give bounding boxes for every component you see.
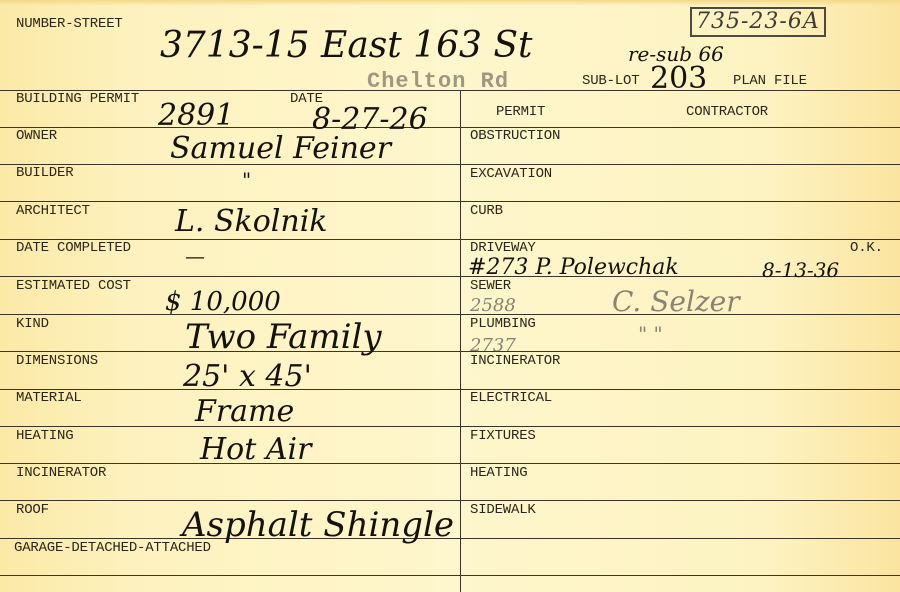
heating-permit-label: HEATING <box>470 466 527 480</box>
sub-lot-value: 203 <box>650 64 707 94</box>
file-number: 735-23-6A <box>690 7 826 37</box>
driveway-label: DRIVEWAY <box>470 241 536 255</box>
sewer-contractor: C. Selzer <box>612 288 740 316</box>
excavation-label: EXCAVATION <box>470 167 552 181</box>
rule-8 <box>0 389 900 390</box>
sewer-permit-number: 2588 <box>470 297 516 315</box>
stamped-street: Chelton Rd <box>367 71 509 93</box>
rule-10 <box>0 463 900 464</box>
kind-value: Two Family <box>185 320 382 354</box>
driveway-entry-date: 8-13-36 <box>762 260 839 280</box>
architect-label: ARCHITECT <box>16 204 90 218</box>
rule-7 <box>0 351 900 352</box>
owner-label: OWNER <box>16 129 57 143</box>
plumbing-contractor: " " <box>638 324 663 344</box>
architect-value: L. Skolnik <box>175 207 327 237</box>
heating-value: Hot Air <box>200 435 311 465</box>
sidewalk-label: SIDEWALK <box>470 503 536 517</box>
electrical-label: ELECTRICAL <box>470 391 552 405</box>
owner-value: Samuel Feiner <box>170 134 391 164</box>
estimated-cost-label: ESTIMATED COST <box>16 279 131 293</box>
plan-file-label: PLAN FILE <box>733 74 807 88</box>
heating-label: HEATING <box>16 429 73 443</box>
estimated-cost-value: $ 10,000 <box>165 289 281 315</box>
date-completed-label: DATE COMPLETED <box>16 241 131 255</box>
incinerator-label: INCINERATOR <box>16 466 106 480</box>
rule-9 <box>0 426 900 427</box>
number-street-label: NUMBER-STREET <box>16 17 123 31</box>
address-value: 3713-15 East 163 St <box>160 28 532 64</box>
rule-3 <box>0 201 900 202</box>
driveway-entry: #273 P. Polewchak <box>468 257 679 279</box>
column-divider <box>460 90 461 592</box>
rule-11 <box>0 500 900 501</box>
kind-label: KIND <box>16 317 49 331</box>
building-record-card: NUMBER-STREET 3713-15 East 163 St Chelto… <box>0 0 900 592</box>
rule-2 <box>0 164 900 165</box>
incinerator-permit-label: INCINERATOR <box>470 354 560 368</box>
driveway-status: O.K. <box>850 241 883 255</box>
roof-value: Asphalt Shingle <box>182 508 454 542</box>
dimensions-value: 25' x 45' <box>183 362 312 392</box>
sewer-label: SEWER <box>470 279 511 293</box>
builder-label: BUILDER <box>16 166 73 180</box>
rule-13 <box>0 575 900 576</box>
curb-label: CURB <box>470 204 503 218</box>
rule-6 <box>0 314 900 315</box>
permit-column-label: PERMIT <box>496 105 545 119</box>
dimensions-label: DIMENSIONS <box>16 354 98 368</box>
contractor-column-label: CONTRACTOR <box>686 105 768 119</box>
date-completed-value: — <box>185 246 205 266</box>
plumbing-label: PLUMBING <box>470 317 536 331</box>
fixtures-label: FIXTURES <box>470 429 536 443</box>
material-value: Frame <box>195 397 294 427</box>
rule-1 <box>0 127 900 128</box>
rule-4 <box>0 239 900 240</box>
roof-label: ROOF <box>16 503 49 517</box>
sub-lot-label: SUB-LOT <box>582 74 639 88</box>
garage-label: GARAGE-DETACHED-ATTACHED <box>14 541 211 555</box>
building-permit-value: 2891 <box>158 101 234 131</box>
building-permit-label: BUILDING PERMIT <box>16 92 139 106</box>
obstruction-label: OBSTRUCTION <box>470 129 560 143</box>
card-top-edge <box>0 0 900 6</box>
builder-value: " <box>242 170 251 190</box>
material-label: MATERIAL <box>16 391 82 405</box>
